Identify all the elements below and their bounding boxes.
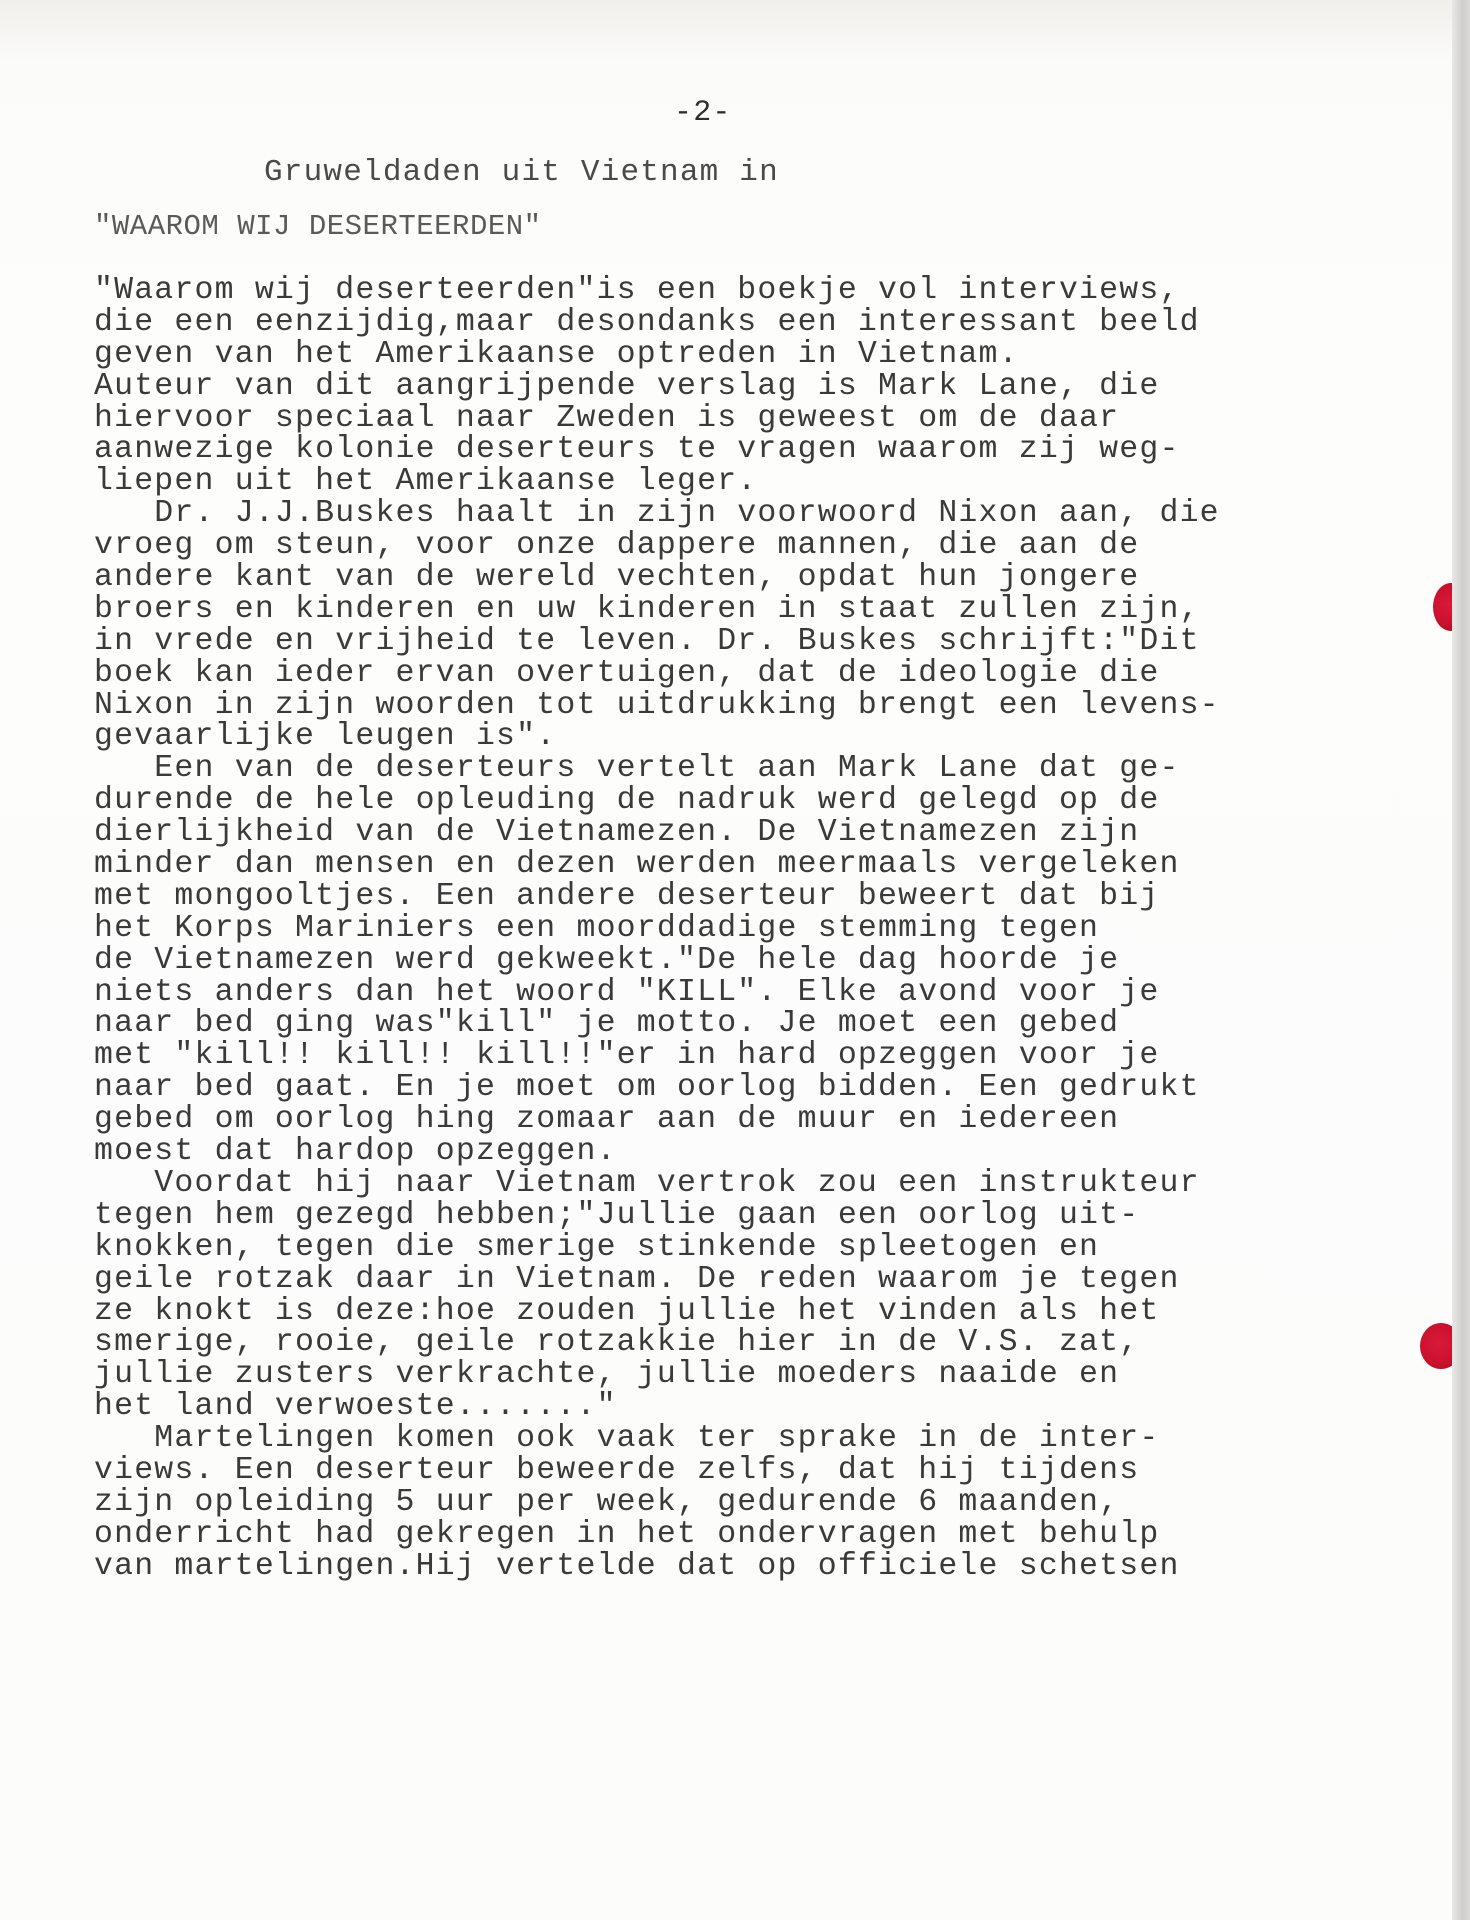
text-line: aanwezige kolonie deserteurs te vragen w… — [94, 434, 1220, 466]
text-line: knokken, tegen die smerige stinkende spl… — [94, 1232, 1220, 1264]
page-number: -2- — [674, 96, 732, 130]
text-line: geile rotzak daar in Vietnam. De reden w… — [94, 1264, 1220, 1296]
article-title: Gruweldaden uit Vietnam in — [264, 155, 779, 190]
text-line: in vrede en vrijheid te leven. Dr. Buske… — [94, 626, 1220, 658]
text-line: het land verwoeste......." — [94, 1391, 1220, 1423]
text-line: geven van het Amerikaanse optreden in Vi… — [94, 339, 1220, 371]
text-line: liepen uit het Amerikaanse leger. — [94, 466, 1220, 498]
text-line: Een van de deserteurs vertelt aan Mark L… — [94, 753, 1220, 785]
text-line: de Vietnamezen werd gekweekt."De hele da… — [94, 945, 1220, 977]
text-line: "Waarom wij deserteerden"is een boekje v… — [94, 275, 1220, 307]
text-line: tegen hem gezegd hebben;"Jullie gaan een… — [94, 1200, 1220, 1232]
text-line: het Korps Mariniers een moorddadige stem… — [94, 913, 1220, 945]
text-line: durende de hele opleuding de nadruk werd… — [94, 785, 1220, 817]
text-line: van martelingen.Hij vertelde dat op offi… — [94, 1551, 1220, 1583]
text-line: broers en kinderen en uw kinderen in sta… — [94, 594, 1220, 626]
text-line: ze knokt is deze:hoe zouden jullie het v… — [94, 1296, 1220, 1328]
document-page: -2- Gruweldaden uit Vietnam in "WAAROM W… — [0, 0, 1452, 1920]
text-line: views. Een deserteur beweerde zelfs, dat… — [94, 1455, 1220, 1487]
text-line: vroeg om steun, voor onze dappere mannen… — [94, 530, 1220, 562]
text-line: smerige, rooie, geile rotzakkie hier in … — [94, 1327, 1220, 1359]
text-line: gebed om oorlog hing zomaar aan de muur … — [94, 1104, 1220, 1136]
text-line: zijn opleiding 5 uur per week, gedurende… — [94, 1487, 1220, 1519]
text-line: Voordat hij naar Vietnam vertrok zou een… — [94, 1168, 1220, 1200]
text-line: hiervoor speciaal naar Zweden is geweest… — [94, 403, 1220, 435]
text-line: naar bed ging was"kill" je motto. Je moe… — [94, 1008, 1220, 1040]
text-line: met mongooltjes. Een andere deserteur be… — [94, 881, 1220, 913]
article-body: "Waarom wij deserteerden"is een boekje v… — [94, 275, 1220, 1583]
text-line: Dr. J.J.Buskes haalt in zijn voorwoord N… — [94, 498, 1220, 530]
text-line: gevaarlijke leugen is". — [94, 721, 1220, 753]
text-line: Martelingen komen ook vaak ter sprake in… — [94, 1423, 1220, 1455]
text-line: andere kant van de wereld vechten, opdat… — [94, 562, 1220, 594]
text-line: met "kill!! kill!! kill!!"er in hard opz… — [94, 1040, 1220, 1072]
text-line: die een eenzijdig,maar desondanks een in… — [94, 307, 1220, 339]
article-subtitle: "WAAROM WIJ DESERTEERDEN" — [94, 210, 542, 243]
text-line: Auteur van dit aangrijpende verslag is M… — [94, 371, 1220, 403]
text-line: dierlijkheid van de Vietnamezen. De Viet… — [94, 817, 1220, 849]
text-line: niets anders dan het woord "KILL". Elke … — [94, 977, 1220, 1009]
text-line: onderricht had gekregen in het ondervrag… — [94, 1519, 1220, 1551]
page-edge-shadow — [1452, 0, 1470, 1920]
text-line: boek kan ieder ervan overtuigen, dat de … — [94, 658, 1220, 690]
text-line: moest dat hardop opzeggen. — [94, 1136, 1220, 1168]
text-line: minder dan mensen en dezen werden meerma… — [94, 849, 1220, 881]
text-line: naar bed gaat. En je moet om oorlog bidd… — [94, 1072, 1220, 1104]
text-line: Nixon in zijn woorden tot uitdrukking br… — [94, 690, 1220, 722]
text-line: jullie zusters verkrachte, jullie moeder… — [94, 1359, 1220, 1391]
